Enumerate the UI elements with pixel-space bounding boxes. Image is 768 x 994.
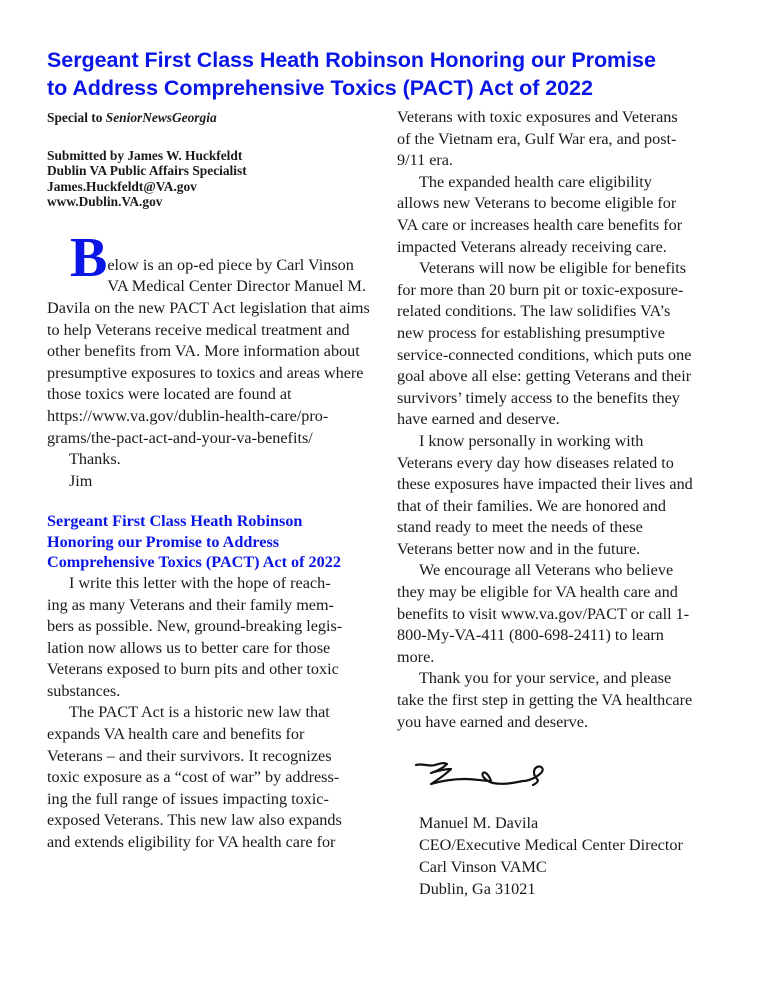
right-column: Veterans with toxic exposures and Vetera… [397, 107, 725, 900]
signer-location: Dublin, Ga 31021 [419, 878, 725, 900]
submitted-block: Submitted by James W. Huckfeldt Dublin V… [47, 148, 372, 210]
letter-paragraph-4: Veterans will now be eligible for benefi… [397, 258, 725, 431]
letter-paragraph-5: I know personally in working with Vetera… [397, 431, 725, 561]
handwritten-signature-icon [413, 759, 553, 795]
letter-heading: Sergeant First Class Heath Robinson Hono… [47, 511, 372, 573]
intro-url[interactable]: https://www.va.gov/dublin-health-care/pr… [47, 406, 372, 449]
letter-paragraph-3: The expanded health care eligibility all… [397, 172, 725, 258]
signer-name: Manuel M. Davila [419, 812, 725, 834]
signer-title: CEO/Executive Medical Center Director [419, 834, 725, 856]
article-title: Sergeant First Class Heath Robinson Hono… [47, 46, 737, 102]
letter-paragraph-2: The PACT Act is a historic new law that … [47, 702, 372, 853]
drop-cap: B [70, 238, 107, 280]
letter-paragraph-7: Thank you for your service, and please t… [397, 668, 725, 733]
byline-prefix: Special to [47, 110, 106, 125]
letter-paragraph-2-continued: Veterans with toxic exposures and Vetera… [397, 107, 725, 172]
submitter-website[interactable]: www.Dublin.VA.gov [47, 194, 372, 210]
article-title-line-2: to Address Comprehensive Toxics (PACT) A… [47, 74, 737, 102]
byline: Special to SeniorNewsGeorgia [47, 110, 372, 126]
signoff-block: Manuel M. Davila CEO/Executive Medical C… [419, 812, 725, 900]
submitted-by: Submitted by James W. Huckfeldt [47, 148, 372, 164]
intro-thanks: Thanks. [47, 449, 372, 471]
submitter-email[interactable]: James.Huckfeldt@VA.gov [47, 179, 372, 195]
byline-publication: SeniorNewsGeorgia [106, 110, 217, 125]
letter-paragraph-6: We encourage all Veterans who believe th… [397, 560, 725, 668]
submitter-role: Dublin VA Public Affairs Specialist [47, 163, 372, 179]
left-column: Special to SeniorNewsGeorgia Submitted b… [47, 110, 372, 854]
article-title-line-1: Sergeant First Class Heath Robinson Hono… [47, 46, 737, 74]
signer-organization: Carl Vinson VAMC [419, 856, 725, 878]
intro-note: B elow is an op-ed piece by Carl Vinson … [47, 236, 372, 493]
intro-signature: Jim [47, 471, 372, 493]
letter-paragraph-1: I write this letter with the hope of rea… [47, 573, 372, 703]
